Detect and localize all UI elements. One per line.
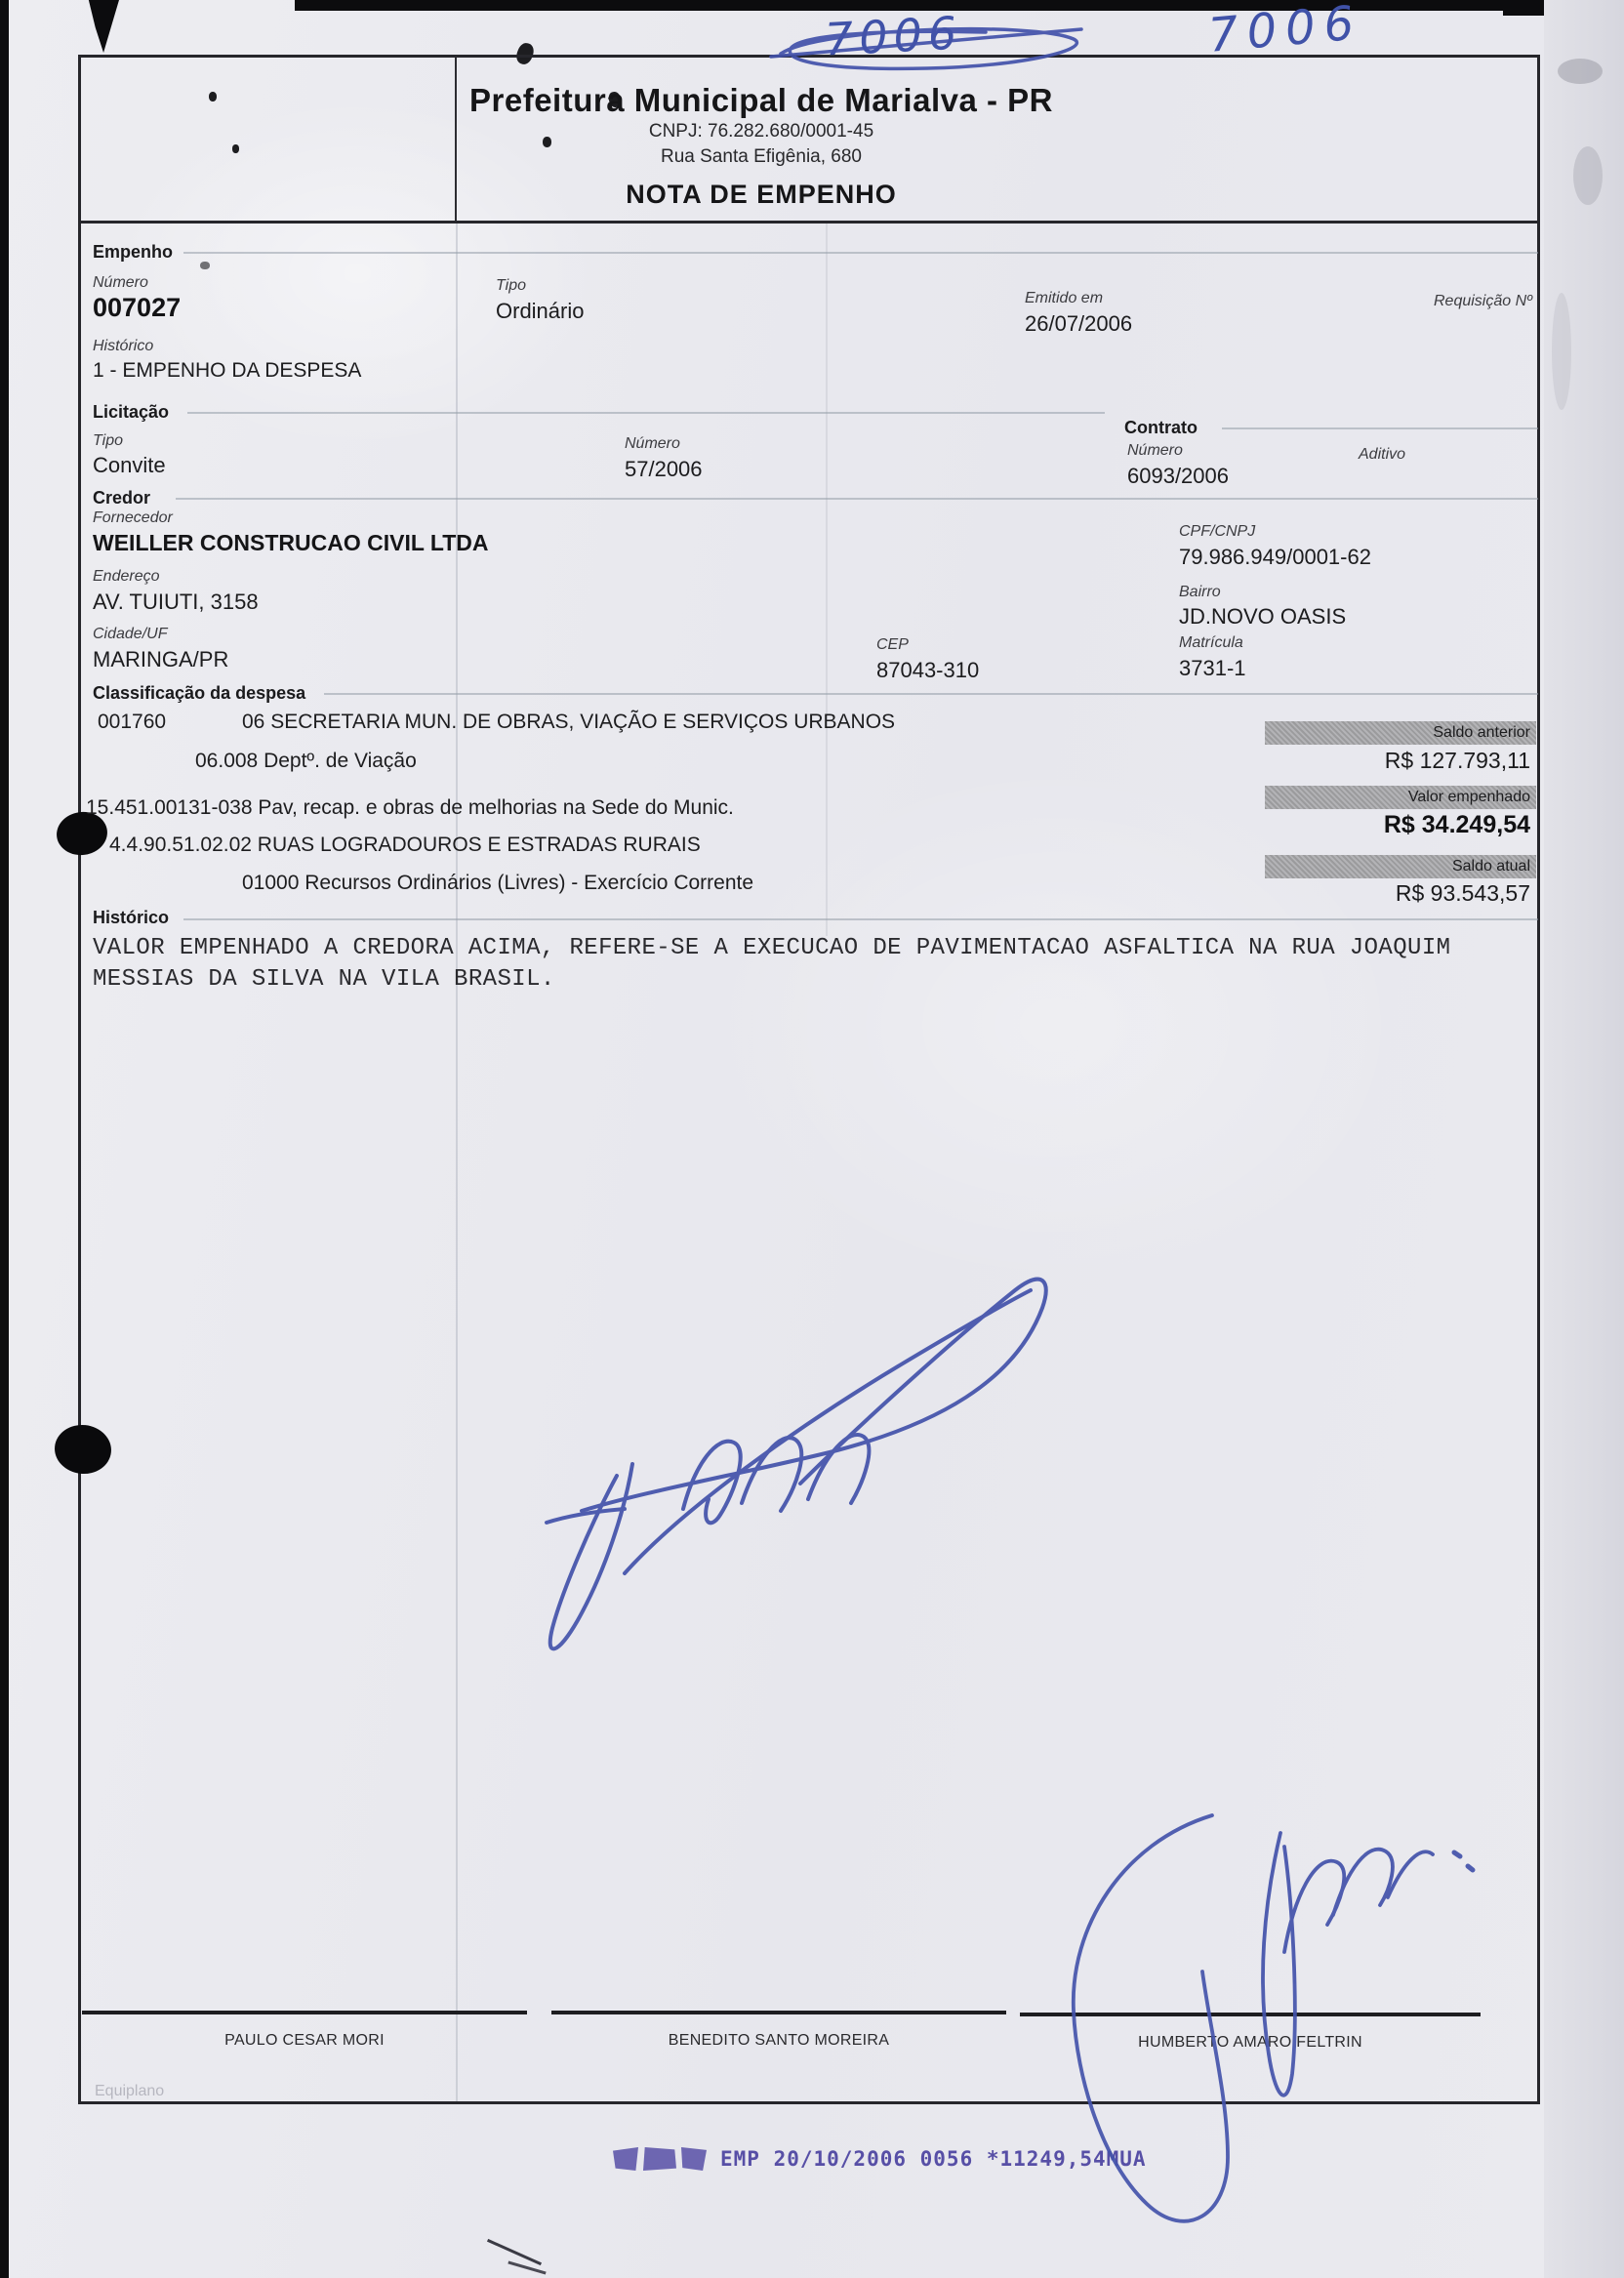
licitacao-numero-label: Número: [625, 435, 680, 453]
section-credor-label: Credor: [93, 488, 150, 508]
stamp-logo-icon: [613, 2147, 707, 2171]
classificacao-line3: 15.451.00131-038 Pav, recap. e obras de …: [86, 796, 734, 820]
classificacao-line4: 4.4.90.51.02.02 RUAS LOGRADOUROS E ESTRA…: [109, 834, 701, 857]
empenho-numero-label: Número: [93, 274, 148, 292]
empenho-emitido-label: Emitido em: [1025, 290, 1103, 307]
saldo-atual-value: R$ 93.543,57: [1265, 880, 1530, 907]
historico-text-line2: MESSIAS DA SILVA NA VILA BRASIL.: [93, 966, 555, 993]
section-contrato-label: Contrato: [1124, 418, 1198, 438]
empenho-tipo-value: Ordinário: [496, 299, 584, 324]
stamp-text: EMP 20/10/2006 0056 *11249,54MUA: [720, 2147, 1147, 2171]
empenho-emitido-value: 26/07/2006: [1025, 311, 1132, 337]
section-historico-label: Histórico: [93, 908, 169, 928]
header-address: Rua Santa Efigênia, 680: [459, 146, 1064, 168]
software-watermark: Equiplano: [95, 2083, 164, 2100]
classificacao-line5: 01000 Recursos Ordinários (Livres) - Exe…: [242, 872, 753, 895]
section-rule: [187, 412, 1105, 414]
paper-crease: [456, 224, 458, 2101]
contrato-aditivo-label: Aditivo: [1359, 446, 1405, 464]
section-rule: [1222, 427, 1538, 429]
machine-stamp: EMP 20/10/2006 0056 *11249,54MUA: [613, 2147, 1147, 2171]
empenho-requisicao-label: Requisição Nº: [1396, 293, 1532, 310]
credor-bairro-label: Bairro: [1179, 584, 1221, 601]
scan-corner-mark: [82, 0, 119, 53]
credor-cidade-label: Cidade/UF: [93, 626, 167, 643]
scan-smudge: [1558, 59, 1603, 84]
licitacao-tipo-label: Tipo: [93, 432, 123, 450]
saldo-anterior-bar: Saldo anterior: [1265, 721, 1536, 745]
valor-empenhado-bar: Valor empenhado: [1265, 786, 1536, 809]
section-classificacao-label: Classificação da despesa: [93, 683, 305, 704]
signatory-name: BENEDITO SANTO MOREIRA: [551, 2032, 1006, 2050]
section-rule: [183, 252, 1538, 254]
signature-line: [1020, 2013, 1481, 2016]
credor-fornecedor-value: WEILLER CONSTRUCAO CIVIL LTDA: [93, 530, 488, 556]
section-rule: [183, 918, 1538, 920]
section-rule: [324, 693, 1538, 695]
credor-cep-value: 87043-310: [876, 658, 979, 683]
valor-empenhado-value: R$ 34.249,54: [1265, 811, 1530, 839]
credor-endereco-label: Endereço: [93, 568, 160, 586]
signature-line: [551, 2011, 1006, 2014]
credor-cpf-label: CPF/CNPJ: [1179, 523, 1255, 541]
header-bottom-line: [78, 221, 1540, 224]
licitacao-numero-value: 57/2006: [625, 457, 703, 482]
empenho-tipo-label: Tipo: [496, 277, 526, 295]
classificacao-code: 001760: [98, 711, 166, 734]
empenho-historico-value: 1 - EMPENHO DA DESPESA: [93, 359, 361, 383]
classificacao-line2: 06.008 Deptº. de Viação: [195, 750, 417, 773]
empenho-historico-label: Histórico: [93, 338, 153, 355]
section-empenho-label: Empenho: [93, 242, 173, 263]
section-licitacao-label: Licitação: [93, 402, 169, 423]
credor-matricula-value: 3731-1: [1179, 656, 1246, 681]
saldo-anterior-value: R$ 127.793,11: [1265, 748, 1530, 774]
credor-cidade-value: MARINGA/PR: [93, 647, 228, 672]
signatory-name: PAULO CESAR MORI: [82, 2032, 527, 2050]
empenho-numero-value: 007027: [93, 293, 181, 323]
contrato-numero-label: Número: [1127, 442, 1183, 460]
document-type-title: NOTA DE EMPENHO: [459, 180, 1064, 210]
scan-smudge: [1552, 293, 1571, 410]
credor-bairro-value: JD.NOVO OASIS: [1179, 604, 1346, 630]
section-rule: [176, 498, 1538, 500]
scan-smudge: [1573, 146, 1603, 205]
credor-matricula-label: Matrícula: [1179, 634, 1243, 652]
page-title: Prefeitura Municipal de Marialva - PR: [459, 82, 1064, 119]
header-divider-line: [455, 57, 457, 221]
historico-text-line1: VALOR EMPENHADO A CREDORA ACIMA, REFERE-…: [93, 935, 1450, 961]
credor-endereco-value: AV. TUIUTI, 3158: [93, 590, 259, 615]
header-cnpj: CNPJ: 76.282.680/0001-45: [459, 121, 1064, 142]
signature-line: [82, 2011, 527, 2014]
licitacao-tipo-value: Convite: [93, 453, 166, 478]
credor-fornecedor-label: Fornecedor: [93, 509, 173, 527]
credor-cep-label: CEP: [876, 636, 909, 654]
scan-bottom-mark: [487, 2239, 542, 2265]
paper-crease: [826, 224, 828, 936]
credor-cpf-value: 79.986.949/0001-62: [1179, 545, 1371, 570]
scanned-document-page: 7006 7006 Prefeitura Municipal de Marial…: [0, 0, 1624, 2278]
classificacao-line1: 06 SECRETARIA MUN. DE OBRAS, VIAÇÃO E SE…: [242, 711, 895, 734]
handwritten-number-crossed: 7006: [824, 6, 964, 65]
saldo-atual-bar: Saldo atual: [1265, 855, 1536, 878]
contrato-numero-value: 6093/2006: [1127, 464, 1229, 489]
signatory-name: HUMBERTO AMARO FELTRIN: [1020, 2034, 1481, 2052]
scan-left-edge: [0, 0, 9, 2278]
